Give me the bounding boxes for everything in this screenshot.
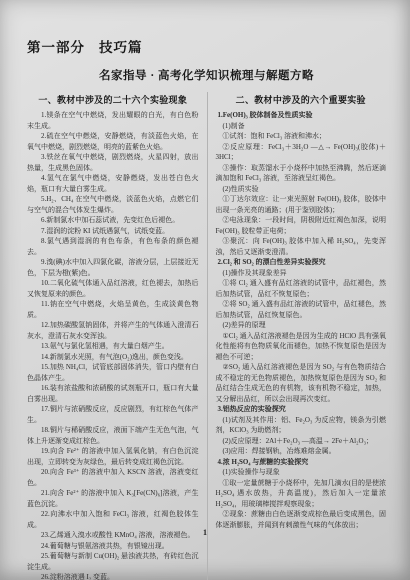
experiment-line: ②将 SO₂ 通入盛有品红溶液的试管中，品红褪色，然后加热试管，品红恢复原色。: [216, 299, 387, 320]
phenomenon-item: 10.二氧化硫气体通入品红溶液，红色褪去，加热后又恢复原来的颜色。: [27, 278, 199, 299]
right-column-heading: 二、教材中涉及的六个重要实验: [216, 93, 387, 106]
experiment-title: 1.Fe(OH)₃ 胶体制备及性质实验: [216, 110, 387, 121]
experiment-line: ①将 Cl₂ 通入盛有品红溶液的试管中，品红褪色，然后加热试管，品红不恢复原色；: [216, 278, 387, 299]
experiment-line: (1)制备: [216, 121, 387, 132]
phenomenon-item: 13.氨气与氯化氢相遇，有大量白烟产生。: [27, 341, 199, 352]
part-title: 技巧篇: [99, 40, 143, 55]
phenomenon-item: 14.新制氯水光照，有气泡(O₂)逸出，颜色变浅。: [27, 352, 199, 363]
phenomenon-item: 12.加热碳酸氢钠固体，并将产生的气体通入澄清石灰水，澄清石灰水变浑浊。: [27, 320, 199, 341]
phenomenon-item: 22.向沸水中加入饱和 FeCl₃ 溶液，红褐色胶体生成。: [27, 509, 199, 530]
phenomenon-item: 21.向含 Fe²⁺ 的溶液中加入 K₃[Fe(CN)₆]溶液，产生蓝色沉淀。: [27, 488, 199, 509]
experiment-line: ②SO₂ 通入品红溶液褪色是因为 SO₂ 与有色物质结合成不稳定的无色物质褪色，…: [216, 362, 387, 404]
book-subtitle: 名家指导 · 高考化学知识梳理与解题方略: [27, 67, 386, 83]
experiment-title: 2.Cl₂ 和 SO₂ 的漂白性差异实验探究: [216, 257, 387, 268]
phenomenon-item: 20.向含 Fe³⁺ 的溶液中加入 KSCN 溶液，溶液变红色。: [27, 467, 199, 488]
phenomenon-item: 11.钠在空气中燃烧，火焰呈黄色，生成淡黄色物质。: [27, 299, 199, 320]
experiment-line: ②电泳现象：一段时间，阴极附近红褐色加深，说明 Fe(OH)₃ 胶粒带正电荷；: [216, 215, 387, 236]
experiment-line: ③操作：取蒸馏水于小烧杯中加热至沸腾，然后逐滴滴加饱和 FeCl₃ 溶液，至溶液…: [216, 163, 387, 184]
phenomenon-item: 7.湿润的淀粉 KI 试纸遇氯气，试纸变蓝。: [27, 226, 199, 237]
experiment-title: 3.铝热反应的实验探究: [216, 404, 387, 415]
phenomenon-item: 19.向含 Fe²⁺ 的溶液中加入氢氧化钠，有白色沉淀出现，立即转变为灰绿色，最…: [27, 446, 199, 467]
phenomenon-item: 4.氢气在氯气中燃烧，安静燃烧，发出苍白色火焰，瓶口有大量白雾生成。: [27, 173, 199, 194]
phenomenon-item: 6.新制氯水中加石蕊试液，先变红色后褪色。: [27, 215, 199, 226]
scanned-book-page: 第一部分技巧篇 名家指导 · 高考化学知识梳理与解题方略 一、教材中涉及的二十六…: [0, 0, 410, 580]
experiment-line: ③聚沉：向 Fe(OH)₃ 胶体中加入稀 H₂SO₄，先变浑浊，然后又逐渐变澄清…: [216, 236, 387, 257]
experiment-line: ①Cl₂ 通入品红溶液褪色是因为生成的 HClO 具有强氧化性能将有色物质氧化而…: [216, 331, 387, 363]
phenomenon-item: 18.铜片与稀硝酸反应，液面下端产生无色气泡，气体上升逐渐变成红棕色。: [27, 425, 199, 446]
phenomenon-item: 15.加热 NH₄Cl，试管底部固体消失，管口内壁有白色晶体产生。: [27, 362, 199, 383]
experiment-line: (3)应用：焊接钢轨，冶炼难熔金属。: [216, 446, 387, 457]
phenomenon-item: 8.氯气遇到湿润的有色布条，有色布条的颜色褪去。: [27, 236, 199, 257]
left-column-heading: 一、教材中涉及的二十六个实验现象: [27, 93, 199, 106]
phenomenon-item: 16.装有浓盐酸和浓硝酸的试剂瓶开口，瓶口有大量白雾出现。: [27, 383, 199, 404]
experiment-line: (1)操作及其现象差异: [216, 268, 387, 279]
two-column-layout: 一、教材中涉及的二十六个实验现象 1.镁条在空气中燃烧，发出耀眼的白光，有白色粉…: [27, 92, 386, 580]
phenomenon-item: 2.硫在空气中燃烧，安静燃烧，有淡蓝色火焰，在氧气中燃烧，剧烈燃烧，明亮的蓝紫色…: [27, 131, 199, 152]
experiment-line: (2)性质实验: [216, 184, 387, 195]
phenomenon-item: 3.铁丝在氧气中燃烧，剧烈燃烧，火星四射，放出热量，生成黑色固体。: [27, 152, 199, 173]
experiment-line: ①丁达尔效应：让一束光照射 Fe(OH)₃ 胶体，胶体中出现一条光亮的通路；(用…: [216, 194, 387, 215]
part-header: 第一部分技巧篇: [27, 36, 386, 56]
part-label: 第一部分: [27, 40, 85, 55]
experiment-line: ①试剂：饱和 FeCl₃ 溶液和沸水；: [216, 131, 387, 142]
experiment-line: (1)实验操作与现象: [216, 467, 387, 478]
phenomenon-item: 9.溴(碘)水中加入四氯化碳，溶液分层，上层接近无色，下层为橙(紫)色。: [27, 257, 199, 278]
experiment-line: (2)反应原理：2Al＋Fe₂O₃ —高温→ 2Fe＋Al₂O₃；: [216, 436, 387, 447]
phenomenon-item: 25.葡萄糖与新制 Cu(OH)₂ 悬浊液共热，有砖红色沉淀生成。: [27, 551, 199, 572]
experiment-title: 4.浓 H₂SO₄ 与蔗糖的实验探究: [216, 457, 387, 468]
experiment-line: ②现象：蔗糖由白色逐渐变成棕色最后变成黑色，固体逐渐膨胀，并闻到有刺激性气味的气…: [216, 509, 387, 530]
phenomenon-item: 5.H₂、CH₄ 在空气中燃烧，淡蓝色火焰，点燃它们与空气的混合气体发生爆炸。: [27, 194, 199, 215]
experiment-line: ②反应原理：FeCl₃＋3H₂O —△→ Fe(OH)₃(胶体)＋3HCl；: [216, 142, 387, 163]
experiment-line: (1)试剂及其作用：铝、Fe₂O₃ 为反应物，镁条为引燃剂，KClO₃ 为助燃剂…: [216, 415, 387, 436]
right-column: 二、教材中涉及的六个重要实验 1.Fe(OH)₃ 胶体制备及性质实验 (1)制备…: [207, 92, 387, 580]
experiment-line: (2)差异的原理: [216, 320, 387, 331]
left-column: 一、教材中涉及的二十六个实验现象 1.镁条在空气中燃烧，发出耀眼的白光，有白色粉…: [27, 92, 207, 580]
phenomenon-item: 26.淀粉溶液遇 I₂ 变蓝。: [27, 572, 199, 580]
experiment-line: ①取一定量蔗糖于小烧杯中，先加几滴水(目的是使浓 H₂SO₄ 遇水放热，升高温度…: [216, 478, 387, 510]
phenomenon-item: 24.葡萄糖与银氨溶液共热，有银镜出现。: [27, 541, 199, 552]
phenomenon-item: 17.铜片与浓硝酸反应，反应剧烈，有红棕色气体产生。: [27, 404, 199, 425]
page-number: 1: [0, 528, 410, 537]
phenomenon-item: 1.镁条在空气中燃烧，发出耀眼的白光，有白色粉末生成。: [27, 110, 199, 131]
